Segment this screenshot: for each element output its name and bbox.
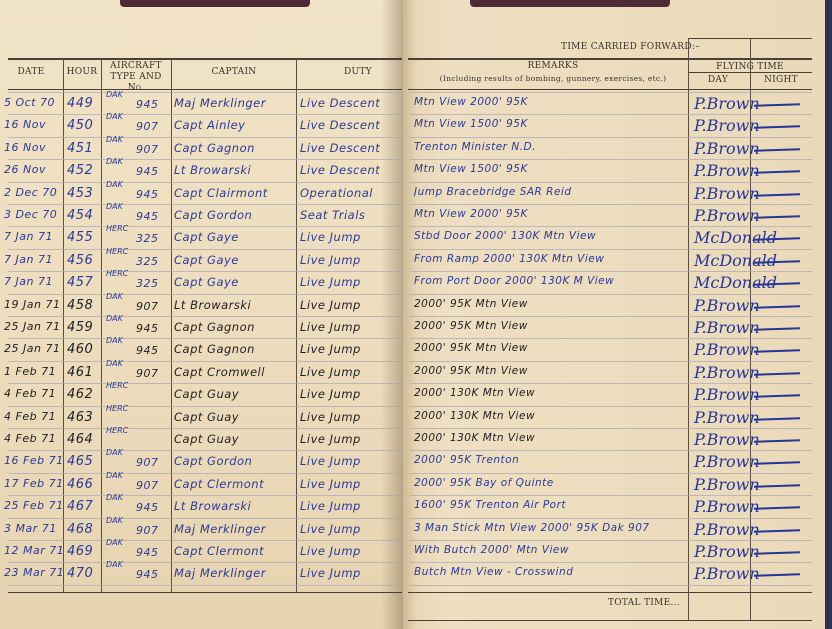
entry-duty: Live Descent (300, 118, 380, 132)
entry-captain: Capt Guay (174, 410, 239, 424)
entry-remarks: 2000' 95K Mtn View (414, 342, 528, 354)
ledger-line (8, 316, 402, 317)
ledger-line (8, 137, 402, 138)
entry-date: 26 Nov (4, 163, 46, 176)
entry-aircraft-no: 945 (136, 322, 159, 335)
entry-duty: Live Descent (300, 141, 380, 155)
entry-aircraft-no: 907 (136, 456, 159, 469)
ledger-line (8, 226, 402, 227)
entry-date: 16 Nov (4, 118, 46, 131)
entry-hour: 452 (67, 163, 93, 178)
entry-duty: Live Jump (300, 477, 361, 491)
entry-date: 2 Dec 70 (4, 186, 57, 199)
entry-aircraft-no: 945 (136, 344, 159, 357)
entry-signature: P.Brown (694, 161, 760, 180)
ledger-line (410, 383, 812, 384)
entry-hour: 463 (67, 410, 93, 425)
entry-date: 19 Jan 71 (4, 298, 60, 311)
ledger-line (8, 182, 402, 183)
header-date: DATE (0, 67, 62, 78)
entry-date: 3 Mar 71 (4, 522, 57, 535)
entry-remarks: 2000' 95K Mtn View (414, 365, 528, 377)
ledger-line (8, 518, 402, 519)
entry-remarks: From Ramp 2000' 130K Mtn View (414, 253, 604, 265)
entry-signature: P.Brown (694, 520, 760, 539)
entry-aircraft-no: 945 (136, 188, 159, 201)
entry-aircraft-no: 325 (136, 255, 159, 268)
ledger-line (410, 92, 812, 93)
entry-hour: 458 (67, 298, 93, 313)
footer-rule (8, 592, 402, 593)
ledger-line (8, 92, 402, 93)
entry-remarks: 2000' 95K Mtn View (414, 320, 528, 332)
entry-duty: Live Descent (300, 163, 380, 177)
entry-duty: Live Jump (300, 454, 361, 468)
entry-captain: Capt Ainley (174, 118, 245, 132)
ledger-line (410, 294, 812, 295)
entry-aircraft-no: 945 (136, 568, 159, 581)
entry-aircraft-no: 945 (136, 165, 159, 178)
entry-duty: Live Jump (300, 544, 361, 558)
entry-aircraft-no: 907 (136, 367, 159, 380)
entry-hour: 457 (67, 275, 93, 290)
entry-date: 5 Oct 70 (4, 96, 55, 109)
entry-duty: Live Jump (300, 298, 361, 312)
entry-signature: P.Brown (694, 340, 760, 359)
ledger-line (410, 316, 812, 317)
column-divider (688, 38, 689, 620)
header-remarks: REMARKS (418, 61, 688, 72)
entry-hour: 453 (67, 186, 93, 201)
entry-duty: Live Jump (300, 253, 361, 267)
entry-remarks: Jump Bracebridge SAR Reid (414, 186, 572, 198)
ledger-line (410, 271, 812, 272)
entry-aircraft-type: DAK (106, 560, 123, 569)
entry-hour: 464 (67, 432, 93, 447)
entry-aircraft-type: DAK (106, 538, 123, 547)
entry-date: 7 Jan 71 (4, 230, 53, 243)
entry-duty: Live Jump (300, 410, 361, 424)
entry-duty: Operational (300, 186, 373, 200)
entry-aircraft-type: DAK (106, 292, 123, 301)
ledger-line (410, 428, 812, 429)
ledger-line (410, 137, 812, 138)
entry-remarks: 2000' 130K Mtn View (414, 387, 535, 399)
entry-duty: Live Jump (300, 432, 361, 446)
entry-duty: Live Jump (300, 522, 361, 536)
entry-aircraft-no: 945 (136, 546, 159, 559)
entry-hour: 466 (67, 477, 93, 492)
header-remarks-sub: (Including results of bombing, gunnery, … (418, 73, 688, 84)
entry-aircraft-type: DAK (106, 493, 123, 502)
entry-signature: P.Brown (694, 139, 760, 158)
entry-captain: Capt Gagnon (174, 320, 255, 334)
entry-aircraft-type: DAK (106, 112, 123, 121)
entry-date: 12 Mar 71 (4, 544, 64, 557)
entry-captain: Maj Merklinger (174, 96, 266, 110)
ledger-line (8, 473, 402, 474)
entry-captain: Capt Guay (174, 432, 239, 446)
ink-stain (470, 0, 670, 7)
entry-date: 25 Feb 71 (4, 499, 64, 512)
entry-signature: P.Brown (694, 475, 760, 494)
entry-aircraft-no: 945 (136, 98, 159, 111)
entry-date: 3 Dec 70 (4, 208, 57, 221)
column-divider (296, 58, 297, 592)
header-bottom-rule (8, 89, 402, 90)
entry-signature: P.Brown (694, 497, 760, 516)
entry-aircraft-type: DAK (106, 202, 123, 211)
header-duty: DUTY (298, 67, 418, 78)
entry-date: 4 Feb 71 (4, 387, 56, 400)
ledger-line (8, 406, 402, 407)
total-time-label: TOTAL TIME... (510, 598, 680, 609)
entry-remarks: 2000' 95K Mtn View (414, 298, 528, 310)
entry-signature: P.Brown (694, 116, 760, 135)
entry-aircraft-type: DAK (106, 359, 123, 368)
entry-aircraft-type: DAK (106, 516, 123, 525)
entry-signature: P.Brown (694, 408, 760, 427)
entry-remarks: Mtn View 1500' 95K (414, 163, 528, 175)
entry-signature: McDonald (694, 251, 777, 270)
ledger-line (8, 562, 402, 563)
entry-captain: Capt Gagnon (174, 141, 255, 155)
ledger-line (8, 114, 402, 115)
entry-aircraft-no: 907 (136, 120, 159, 133)
entry-remarks: With Butch 2000' Mtn View (414, 544, 569, 556)
entry-hour: 461 (67, 365, 93, 380)
entry-aircraft-no: 325 (136, 277, 159, 290)
entry-aircraft-type: DAK (106, 135, 123, 144)
header-hour: HOUR (64, 67, 100, 78)
entry-date: 4 Feb 71 (4, 410, 56, 423)
entry-remarks: Mtn View 2000' 95K (414, 208, 528, 220)
entry-signature: P.Brown (694, 385, 760, 404)
entry-signature: P.Brown (694, 452, 760, 471)
ledger-line (410, 182, 812, 183)
ledger-line (410, 495, 812, 496)
ledger-line (410, 473, 812, 474)
ledger-line (410, 518, 812, 519)
entry-signature: P.Brown (694, 430, 760, 449)
entry-aircraft-type: DAK (106, 336, 123, 345)
book-edge (825, 0, 832, 629)
entry-hour: 449 (67, 96, 93, 111)
entry-aircraft-type: DAK (106, 157, 123, 166)
entry-remarks: Mtn View 1500' 95K (414, 118, 528, 130)
column-divider (171, 58, 172, 592)
ledger-line (8, 428, 402, 429)
entry-aircraft-type: DAK (106, 471, 123, 480)
entry-remarks: Stbd Door 2000' 130K Mtn View (414, 230, 596, 242)
entry-captain: Capt Gaye (174, 275, 239, 289)
entry-aircraft-no: 945 (136, 501, 159, 514)
entry-captain: Capt Gaye (174, 230, 239, 244)
entry-signature: P.Brown (694, 296, 760, 315)
entry-signature: P.Brown (694, 542, 760, 561)
entry-captain: Capt Clairmont (174, 186, 268, 200)
entry-remarks: 1600' 95K Trenton Air Port (414, 499, 566, 511)
entry-aircraft-type: DAK (106, 314, 123, 323)
entry-date: 25 Jan 71 (4, 342, 60, 355)
entry-captain: Maj Merklinger (174, 566, 266, 580)
ledger-line (410, 585, 812, 586)
entry-signature: P.Brown (694, 184, 760, 203)
entry-signature: P.Brown (694, 94, 760, 113)
entry-hour: 454 (67, 208, 93, 223)
ledger-line (410, 249, 812, 250)
ledger-line (8, 495, 402, 496)
entry-hour: 460 (67, 342, 93, 357)
ledger-line (8, 338, 402, 339)
entry-remarks: Trenton Minister N.D. (414, 141, 536, 153)
entry-date: 1 Feb 71 (4, 365, 56, 378)
entry-date: 23 Mar 71 (4, 566, 64, 579)
entry-duty: Live Jump (300, 342, 361, 356)
entry-duty: Live Jump (300, 365, 361, 379)
entry-aircraft-type: DAK (106, 180, 123, 189)
ledger-line (410, 338, 812, 339)
entry-remarks: From Port Door 2000' 130K M View (414, 275, 614, 287)
entry-hour: 451 (67, 141, 93, 156)
entry-hour: 465 (67, 454, 93, 469)
ledger-line (410, 114, 812, 115)
entry-duty: Live Jump (300, 499, 361, 513)
ledger-line (410, 361, 812, 362)
entry-captain: Capt Gordon (174, 454, 252, 468)
entry-aircraft-no: 907 (136, 143, 159, 156)
entry-captain: Capt Clermont (174, 477, 264, 491)
entry-captain: Capt Gordon (174, 208, 252, 222)
entry-signature: P.Brown (694, 318, 760, 337)
entry-captain: Lt Browarski (174, 298, 251, 312)
ledger-line (410, 562, 812, 563)
footer-rule (408, 620, 812, 621)
entry-date: 16 Feb 71 (4, 454, 64, 467)
header-day: DAY (688, 75, 748, 86)
entry-aircraft-type: DAK (106, 448, 123, 457)
entry-duty: Live Jump (300, 387, 361, 401)
entry-aircraft-type: HERC (106, 247, 128, 256)
entry-captain: Lt Browarski (174, 499, 251, 513)
column-divider (101, 58, 102, 592)
entry-aircraft-type: HERC (106, 269, 128, 278)
ledger-line (8, 159, 402, 160)
entry-duty: Live Descent (300, 96, 380, 110)
ledger-line (410, 204, 812, 205)
entry-aircraft-no: 325 (136, 232, 159, 245)
entry-captain: Capt Guay (174, 387, 239, 401)
entry-remarks: 2000' 95K Trenton (414, 454, 519, 466)
entry-hour: 462 (67, 387, 93, 402)
entry-aircraft-type: HERC (106, 404, 128, 413)
entry-remarks: 2000' 130K Mtn View (414, 410, 535, 422)
entry-signature: P.Brown (694, 564, 760, 583)
entry-date: 7 Jan 71 (4, 253, 53, 266)
entry-hour: 455 (67, 230, 93, 245)
header-night: NIGHT (750, 75, 812, 86)
entry-duty: Live Jump (300, 320, 361, 334)
ledger-line (8, 540, 402, 541)
ledger-line (410, 226, 812, 227)
entry-captain: Capt Gagnon (174, 342, 255, 356)
entry-captain: Capt Gaye (174, 253, 239, 267)
ledger-line (8, 450, 402, 451)
entry-signature: McDonald (694, 228, 777, 247)
entry-date: 7 Jan 71 (4, 275, 53, 288)
header-captain: CAPTAIN (172, 67, 296, 78)
entry-signature: P.Brown (694, 363, 760, 382)
entry-duty: Seat Trials (300, 208, 365, 222)
ink-stain (120, 0, 310, 7)
right-page (403, 0, 825, 629)
ledger-line (410, 406, 812, 407)
ledger-line (8, 249, 402, 250)
entry-hour: 468 (67, 522, 93, 537)
entry-aircraft-no: 945 (136, 210, 159, 223)
ledger-line (8, 271, 402, 272)
time-carried-forward-label: TIME CARRIED FORWARD:– (510, 42, 700, 53)
entry-aircraft-type: HERC (106, 224, 128, 233)
entry-date: 4 Feb 71 (4, 432, 56, 445)
ledger-line (8, 361, 402, 362)
entry-remarks: 2000' 130K Mtn View (414, 432, 535, 444)
footer-rule (408, 592, 812, 593)
entry-captain: Lt Browarski (174, 163, 251, 177)
entry-hour: 470 (67, 566, 93, 581)
entry-date: 17 Feb 71 (4, 477, 64, 490)
header-top-rule (408, 58, 812, 60)
entry-aircraft-type: DAK (106, 90, 123, 99)
entry-remarks: 3 Man Stick Mtn View 2000' 95K Dak 907 (414, 522, 650, 534)
entry-aircraft-no: 907 (136, 524, 159, 537)
ledger-line (8, 383, 402, 384)
entry-signature: P.Brown (694, 206, 760, 225)
ledger-line (8, 294, 402, 295)
entry-hour: 469 (67, 544, 93, 559)
entry-hour: 467 (67, 499, 93, 514)
header-top-rule (8, 58, 402, 60)
entry-date: 25 Jan 71 (4, 320, 60, 333)
entry-captain: Capt Clermont (174, 544, 264, 558)
header-bottom-rule (408, 89, 812, 90)
entry-remarks: Mtn View 2000' 95K (414, 96, 528, 108)
entry-duty: Live Jump (300, 566, 361, 580)
entry-aircraft-type: HERC (106, 381, 128, 390)
entry-duty: Live Jump (300, 230, 361, 244)
entry-captain: Maj Merklinger (174, 522, 266, 536)
entry-aircraft-no: 907 (136, 479, 159, 492)
ledger-line (410, 540, 812, 541)
entry-hour: 459 (67, 320, 93, 335)
entry-signature: McDonald (694, 273, 777, 292)
entry-date: 16 Nov (4, 141, 46, 154)
ledger-line (8, 204, 402, 205)
ledger-line (410, 159, 812, 160)
entry-remarks: 2000' 95K Bay of Quinte (414, 477, 554, 489)
entry-hour: 450 (67, 118, 93, 133)
entry-aircraft-no: 907 (136, 300, 159, 313)
entry-aircraft-type: HERC (106, 426, 128, 435)
entry-remarks: Butch Mtn View - Crosswind (414, 566, 573, 578)
entry-captain: Capt Cromwell (174, 365, 265, 379)
entry-duty: Live Jump (300, 275, 361, 289)
entry-hour: 456 (67, 253, 93, 268)
ledger-line (8, 585, 402, 586)
ledger-line (410, 450, 812, 451)
